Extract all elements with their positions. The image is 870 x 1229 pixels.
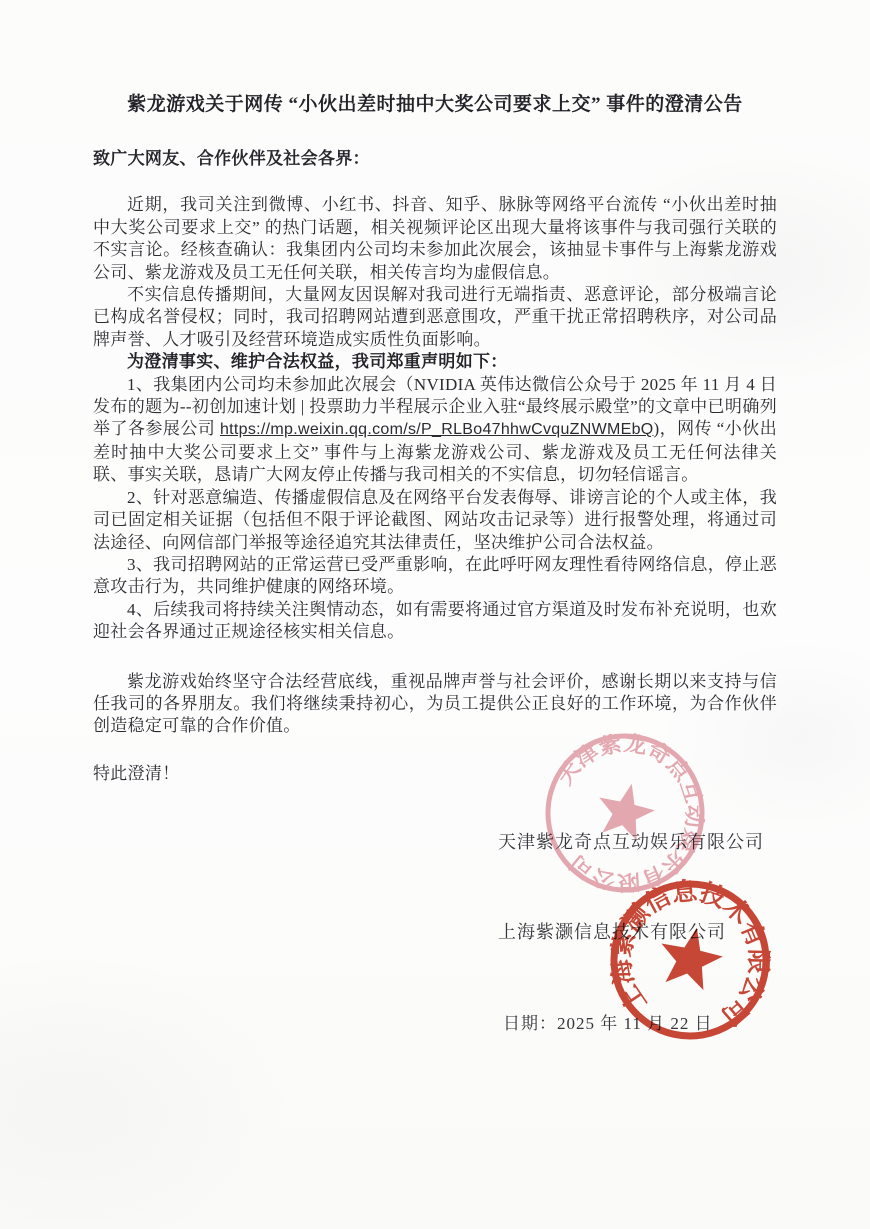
statement-item-4: 4、后续我司将持续关注舆情动态，如有需要将通过官方渠道及时发布补充说明，也欢迎社…	[93, 599, 777, 644]
statement-item-2: 2、针对恶意编造、传播虚假信息及在网络平台发表侮辱、诽谤言论的个人或主体，我司已…	[93, 487, 777, 554]
statement-item-1: 1、我集团内公司均未参加此次展会（NVIDIA 英伟达微信公众号于 2025 年…	[93, 374, 777, 487]
signature-company-tianjin: 天津紫龙奇点互动娱乐有限公司	[498, 828, 764, 854]
document-body: 紫龙游戏关于网传 “小伙出差时抽中大奖公司要求上交” 事件的澄清公告 致广大网友…	[93, 0, 777, 785]
salutation-line: 致广大网友、合作伙伴及社会各界：	[93, 148, 777, 170]
signature-company-shanghai: 上海紫灏信息技术有限公司	[498, 918, 726, 944]
intro-paragraph-1: 近期，我司关注到微博、小红书、抖音、知乎、脉脉等网络平台流传 “小伙出差时抽中大…	[93, 194, 777, 284]
statement-heading: 为澄清事实、维护合法权益，我司郑重声明如下：	[93, 351, 777, 373]
weixin-article-link[interactable]: https://mp.weixin.qq.com/s/P_RLBo47hhwCv…	[220, 421, 654, 438]
scanned-document-page: 紫龙游戏关于网传 “小伙出差时抽中大奖公司要求上交” 事件的澄清公告 致广大网友…	[0, 0, 870, 1229]
document-title: 紫龙游戏关于网传 “小伙出差时抽中大奖公司要求上交” 事件的澄清公告	[93, 94, 777, 116]
closing-paragraph: 紫龙游戏始终坚守合法经营底线，重视品牌声誉与社会评价，感谢长期以来支持与信任我司…	[93, 671, 777, 738]
intro-paragraph-2: 不实信息传播期间，大量网友因误解对我司进行无端指责、恶意评论，部分极端言论已构成…	[93, 284, 777, 351]
date-line: 日期：2025 年 11 月 22 日	[503, 1009, 713, 1034]
clarification-line: 特此澄清！	[93, 763, 777, 785]
statement-item-3: 3、我司招聘网站的正常运营已受严重影响，在此呼吁网友理性看待网络信息，停止恶意攻…	[93, 554, 777, 599]
